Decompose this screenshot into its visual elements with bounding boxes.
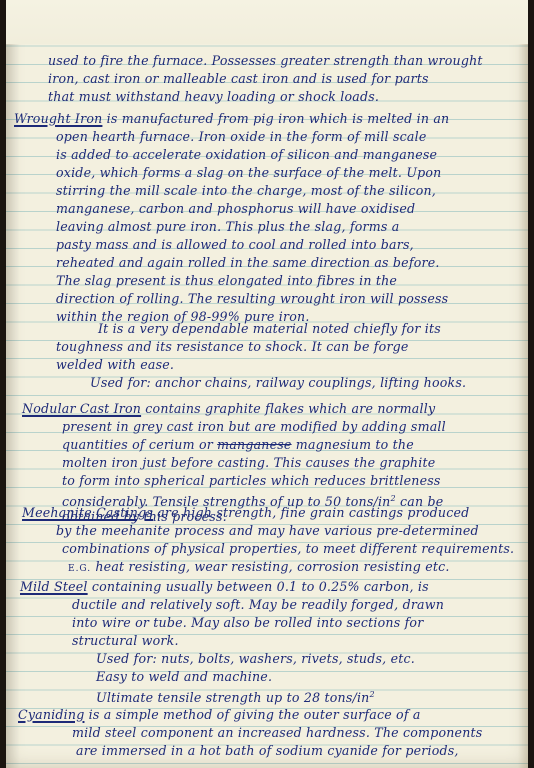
section-heading: Mild Steel <box>20 579 88 594</box>
eg-line: E.G. heat resisting, wear resisting, cor… <box>68 558 450 578</box>
section-heading: Wrought Iron <box>14 111 102 126</box>
text-line: It is a very dependable material noted c… <box>98 320 441 338</box>
text-line: molten iron just before casting. This ca… <box>62 454 435 472</box>
notebook-page: used to fire the furnace. Possesses grea… <box>6 0 528 768</box>
text-line: pasty mass and is allowed to cool and ro… <box>56 236 414 254</box>
text-fragment: heat resisting, wear resisting, corrosio… <box>91 559 449 574</box>
text-line: reheated and again rolled in the same di… <box>56 254 440 272</box>
text-line: are immersed in a hot bath of sodium cya… <box>76 742 459 760</box>
eg-label: E.G. <box>68 564 91 574</box>
text-line: to form into spherical particles which r… <box>62 472 441 490</box>
text-line: structural work. <box>72 632 179 650</box>
struck-word: manganese <box>217 437 291 452</box>
text-line: is manufactured from pig iron which is m… <box>102 111 449 126</box>
note-line: Used for: nuts, bolts, washers, rivets, … <box>96 650 415 668</box>
text-line: oxide, which forms a slag on the surface… <box>56 164 442 182</box>
text-line: containing usually between 0.1 to 0.25% … <box>88 579 429 594</box>
text-line: The slag present is thus elongated into … <box>56 272 397 290</box>
text-fragment: magnesium to the <box>292 437 414 452</box>
text-line: toughness and its resistance to shock. I… <box>56 338 409 356</box>
text-line: welded with ease. <box>56 356 174 374</box>
section-cyaniding: Cyaniding is a simple method of giving t… <box>18 706 421 724</box>
text-fragment: quantities of cerium or <box>62 437 213 452</box>
text-line: present in grey cast iron but are modifi… <box>62 418 446 436</box>
section-heading: Nodular Cast Iron <box>22 401 141 416</box>
section-wrought-iron: Wrought Iron is manufactured from pig ir… <box>14 110 449 128</box>
section-meehanite-castings-heading-line: Meehanite Castings are high strength, fi… <box>22 504 469 522</box>
text-line: iron, cast iron or malleable cast iron a… <box>48 70 429 88</box>
text-line: that must withstand heavy loading or sho… <box>48 88 379 106</box>
superscript: 2 <box>370 690 375 699</box>
text-line: manganese, carbon and phosphorus will ha… <box>56 200 415 218</box>
text-line: is a simple method of giving the outer s… <box>84 707 420 722</box>
page-top-margin <box>6 0 528 44</box>
text-line: into wire or tube. May also be rolled in… <box>72 614 423 632</box>
section-mild-steel: Mild Steel containing usually between 0.… <box>20 578 429 596</box>
text-line: combinations of physical properties, to … <box>62 540 514 558</box>
text-line: are high strength, fine grain castings p… <box>153 505 469 520</box>
text-line: quantities of cerium or manganese magnes… <box>62 436 414 454</box>
text-line: mild steel component an increased hardne… <box>72 724 482 742</box>
note-line: Easy to weld and machine. <box>96 668 272 686</box>
used-for-line: Used for: anchor chains, railway couplin… <box>90 374 466 392</box>
note-line: Ultimate tensile strength up to 28 tons/… <box>96 686 375 708</box>
text-line: stirring the mill scale into the charge,… <box>56 182 436 200</box>
section-heading: Cyaniding <box>18 707 84 722</box>
text-fragment: Ultimate tensile strength up to 28 tons/… <box>96 690 370 705</box>
text-line: open hearth furnace. Iron oxide in the f… <box>56 128 426 146</box>
text-line: contains graphite flakes which are norma… <box>141 401 435 416</box>
text-line: by the meehanite process and may have va… <box>56 522 479 540</box>
text-line: used to fire the furnace. Possesses grea… <box>48 52 483 70</box>
text-line: is added to accelerate oxidation of sili… <box>56 146 437 164</box>
section-nodular-cast-iron: Nodular Cast Iron contains graphite flak… <box>22 400 435 418</box>
text-line: ductile and relatively soft. May be read… <box>72 596 444 614</box>
text-line: leaving almost pure iron. This plus the … <box>56 218 399 236</box>
text-line: direction of rolling. The resulting wrou… <box>56 290 448 308</box>
section-heading: Meehanite Castings <box>22 505 153 520</box>
